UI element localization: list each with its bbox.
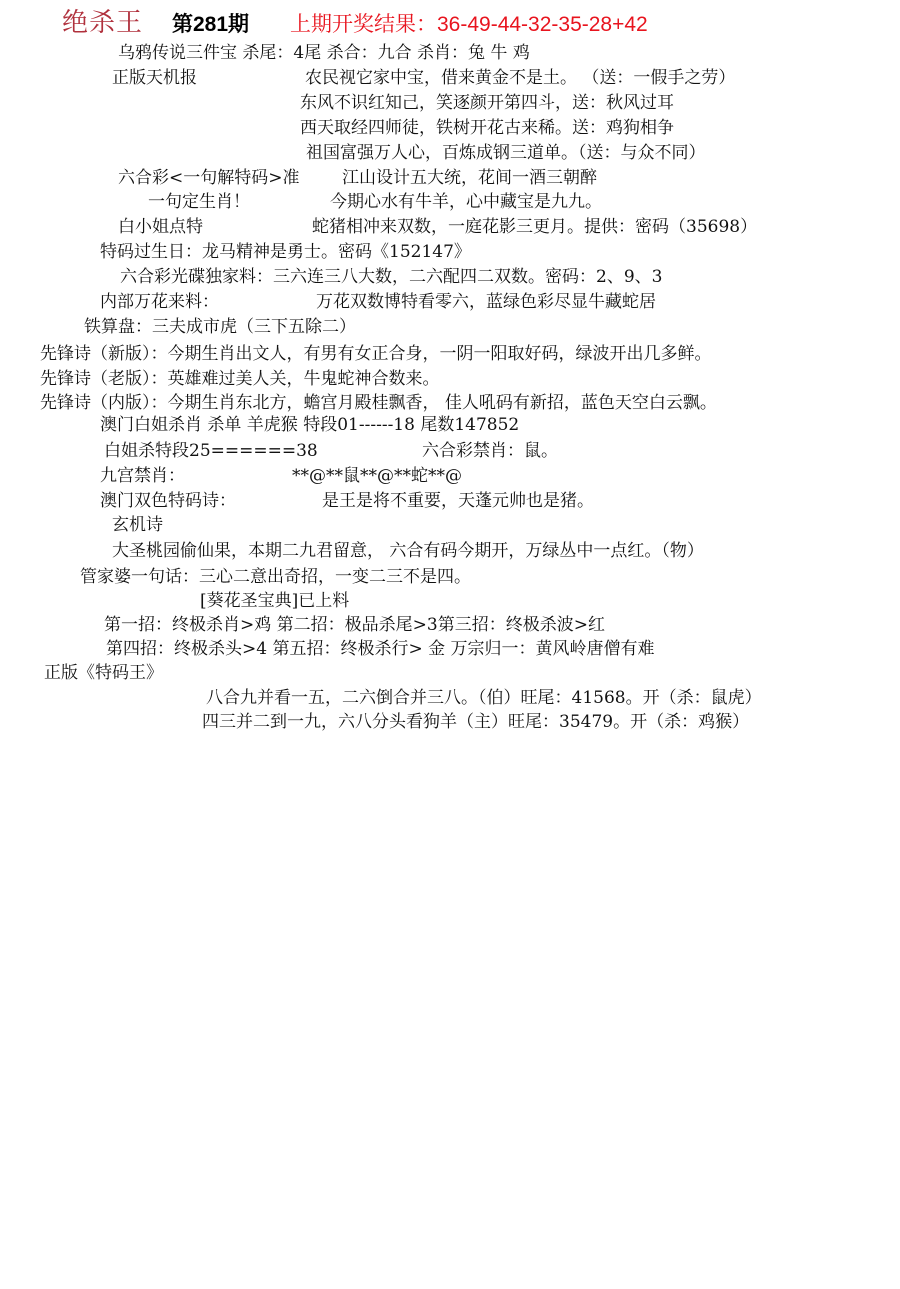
text-line: [葵花圣宝典]已上料 [200,590,349,612]
text-line: 第四招：终极杀头>4 第五招：终极杀行> 金 万宗归一：黄风岭唐僧有难 [106,638,655,660]
text-line: 九宫禁肖： [100,465,185,487]
text-line: 乌鸦传说三件宝 杀尾：4尾 杀合：九合 杀肖：兔 牛 鸡 [118,42,530,64]
text-line: 先锋诗（内版）：今期生肖东北方，蟾宫月殿桂飘香， 佳人吼码有新招，蓝色天空白云飘… [40,392,717,414]
text-line: 一句定生肖！ [148,191,250,213]
text-line: 先锋诗（新版）：今期生肖出文人，有男有女正合身，一阴一阳取好码，绿波开出几多鲜。 [40,343,712,365]
text-line: 四三并二到一九，六八分头看狗羊（主）旺尾：35479。开（杀：鸡猴） [202,711,749,733]
text-line: 先锋诗（老版）：英雄难过美人关，牛鬼蛇神合数来。 [40,368,440,390]
text-line: 澳门白姐杀肖 杀单 羊虎猴 特段01------18 尾数147852 [100,414,519,436]
text-line: 内部万花来料： [100,291,219,313]
text-line: 东风不识红知己，笑逐颜开第四斗，送：秋风过耳 [300,92,674,114]
text-line: 江山设计五大统，花间一酒三朝醉 [342,167,597,189]
text-line: 大圣桃园偷仙果，本期二九君留意， 六合有码今期开，万绿丛中一点红。（物） [112,540,704,562]
text-line: 八合九并看一五，二六倒合并三八。（伯）旺尾：41568。开（杀：鼠虎） [206,687,762,709]
text-line: 祖国富强万人心，百炼成钢三道单。（送：与众不同） [306,142,706,164]
text-line: 西天取经四师徒，铁树开花古来稀。送：鸡狗相争 [300,117,674,139]
text-line: **@**鼠**@**蛇**@ [292,465,462,487]
text-line: 正版《特码王》 [44,662,163,684]
last-result-numbers: 36-49-44-32-35-28+42 [437,13,648,36]
page-title: 绝杀王 [62,2,143,39]
text-line: 第一招：终极杀肖>鸡 第二招：极品杀尾>3第三招：终极杀波>红 [104,614,605,636]
text-line: 白小姐点特 [118,216,203,238]
text-line: 白姐杀特段25======38 [104,440,318,462]
text-line: 正版天机报 [112,67,197,89]
text-line: 今期心水有牛羊，心中藏宝是九九。 [330,191,602,213]
text-line: 六合彩光碟独家料：三六连三八大数，二六配四二双数。密码：2、9、3 [120,266,662,288]
text-line: 农民视它家中宝，借来黄金不是土。 （送：一假手之劳） [305,67,735,89]
last-result-label: 上期开奖结果： [290,13,437,36]
text-line: 蛇猪相冲来双数，一庭花影三更月。提供：密码（35698） [312,216,757,238]
text-line: 特码过生日：龙马精神是勇士。密码《152147》 [100,241,471,263]
last-result: 上期开奖结果：36-49-44-32-35-28+42 [290,8,648,38]
text-line: 六合彩<一句解特码>准 [118,167,300,189]
text-line: 玄机诗 [112,514,163,536]
text-line: 万花双数博特看零六，蓝绿色彩尽显牛藏蛇居 [316,291,656,313]
issue-number: 第281期 [172,8,249,38]
text-line: 管家婆一句话：三心二意出奇招，一变二三不是四。 [80,566,471,588]
text-line: 是王是将不重要，天蓬元帅也是猪。 [322,490,594,512]
text-line: 六合彩禁肖：鼠。 [422,440,558,462]
text-line: 铁算盘：三夫成市虎（三下五除二） [84,316,356,338]
text-line: 澳门双色特码诗： [100,490,236,512]
